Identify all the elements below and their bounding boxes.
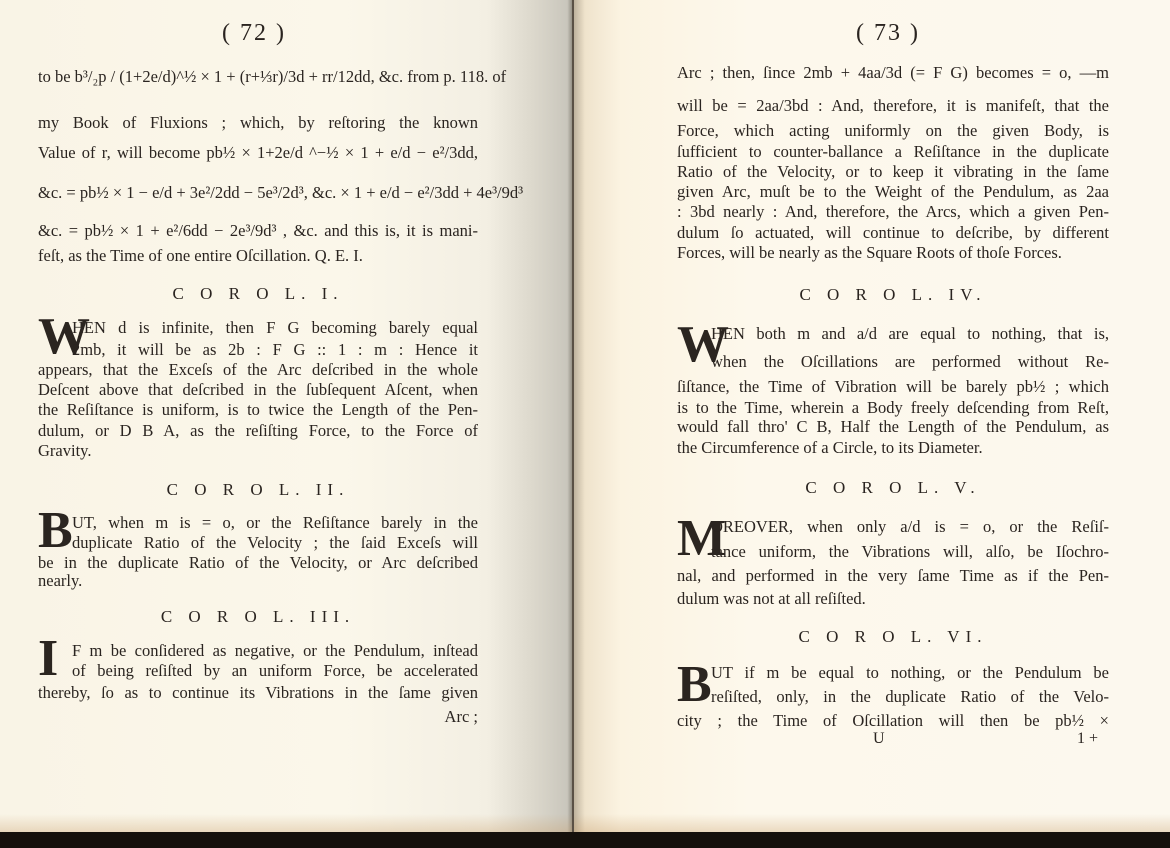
drop-cap: I bbox=[38, 636, 58, 682]
text-line: &c. = pb½ × 1 + e²/6dd − 2e³/9d³ , &c. a… bbox=[38, 220, 478, 242]
text-line: tance uniform, the Vibrations will, alſo… bbox=[711, 541, 1109, 563]
text-line: when the Oſcillations are performed with… bbox=[711, 351, 1109, 373]
text-line: feſt, as the Time of one entire Oſcillat… bbox=[38, 245, 478, 267]
text-line: Ratio of the Velocity, or to keep it vib… bbox=[677, 161, 1109, 183]
catchword: 1 + bbox=[1077, 730, 1098, 748]
text-line: ſiſtance, the Time of Vibration will be … bbox=[677, 376, 1109, 398]
corollary-heading: C O R O L. VI. bbox=[677, 627, 1109, 647]
text-line: will be = 2aa/3bd : And, therefore, it i… bbox=[677, 95, 1109, 117]
text-line: my Book of Fluxions ; which, by reſtorin… bbox=[38, 112, 478, 134]
corollary-heading: C O R O L. II. bbox=[38, 480, 478, 500]
corollary-heading: C O R O L. IV. bbox=[677, 285, 1109, 305]
text-line: Arc ; then, ſince 2mb + 4aa/3d (= F G) b… bbox=[677, 62, 1109, 84]
catchword: Arc ; bbox=[38, 706, 478, 728]
text-line: HEN both m and a/d are equal to nothing,… bbox=[711, 323, 1109, 345]
text-line: Force, which acting uniformly on the giv… bbox=[677, 120, 1109, 142]
right-page: ( 73 ) Arc ; then, ſince 2mb + 4aa/3d (=… bbox=[573, 0, 1170, 832]
text-line: reſiſted, only, in the duplicate Ratio o… bbox=[711, 686, 1109, 708]
text-line: Value of r, will become pb½ × 1+2e/d ^−½… bbox=[38, 142, 478, 164]
signature-mark: U bbox=[873, 730, 885, 748]
book-gutter bbox=[572, 0, 574, 832]
text-line: would fall thro' C B, Half the Length of… bbox=[677, 416, 1109, 438]
text-line: UT if m be equal to nothing, or the Pend… bbox=[711, 662, 1109, 684]
text-line: Forces, will be nearly as the Square Roo… bbox=[677, 242, 1109, 264]
corollary-heading: C O R O L. III. bbox=[38, 607, 478, 627]
drop-cap: B bbox=[677, 662, 712, 708]
text-line: UT, when m is = o, or the Reſiſtance bar… bbox=[72, 512, 478, 534]
text-line: Deſcent above that deſcribed in the ſubſ… bbox=[38, 379, 478, 401]
page-number: ( 73 ) bbox=[856, 20, 920, 47]
text-line: HEN d is infinite, then F G becoming bar… bbox=[72, 317, 478, 339]
text-line: appears, that the Exceſs of the Arc deſc… bbox=[38, 359, 478, 381]
drop-cap: B bbox=[38, 508, 73, 554]
text-line: nal, and performed in the very ſame Time… bbox=[677, 565, 1109, 587]
page-number: ( 72 ) bbox=[222, 20, 286, 47]
text-line: duplicate Ratio of the Velocity ; the ſa… bbox=[72, 532, 478, 554]
text-line: the Circumference of a Circle, to its Di… bbox=[677, 437, 1109, 459]
text-line: &c. = pb½ × 1 − e/d + 3e²/2dd − 5e³/2d³,… bbox=[38, 182, 478, 204]
text-line: nearly. bbox=[38, 570, 478, 592]
text-line: the Reſiſtance is uniform, is to twice t… bbox=[38, 399, 478, 421]
text-line: city ; the Time of Oſcillation will then… bbox=[677, 710, 1109, 732]
background-strip bbox=[0, 832, 1170, 848]
corollary-heading: C O R O L. V. bbox=[677, 478, 1109, 498]
text-line: thereby, ſo as to continue its Vibration… bbox=[38, 682, 478, 704]
text-line: : 3bd nearly : And, therefore, the Arcs,… bbox=[677, 201, 1109, 223]
left-page: ( 72 ) to be b³/₂p / (1+2e/d)^½ × 1 + (r… bbox=[0, 0, 573, 832]
text-line: dulum, or D B A, as the reſiſting Force,… bbox=[38, 420, 478, 442]
corollary-heading: C O R O L. I. bbox=[38, 284, 478, 304]
text-line: dulum ſo actuated, will continue to deſc… bbox=[677, 222, 1109, 244]
text-line: dulum was not at all reſiſted. bbox=[677, 588, 1109, 610]
text-line: ſufficient to counter-ballance a Reſiſta… bbox=[677, 141, 1109, 163]
text-line: to be b³/₂p / (1+2e/d)^½ × 1 + (r+⅓r)/3d… bbox=[38, 66, 478, 88]
text-line: 2mb, it will be as 2b : F G :: 1 : m : H… bbox=[72, 339, 478, 361]
text-line: of being reſiſted by an uniform Force, b… bbox=[72, 660, 478, 682]
text-line: Gravity. bbox=[38, 440, 478, 462]
text-line: OREOVER, when only a/d is = o, or the Re… bbox=[711, 516, 1109, 538]
text-line: given Arc, muſt be to the Weight of the … bbox=[677, 181, 1109, 203]
text-line: F m be conſidered as negative, or the Pe… bbox=[72, 640, 478, 662]
